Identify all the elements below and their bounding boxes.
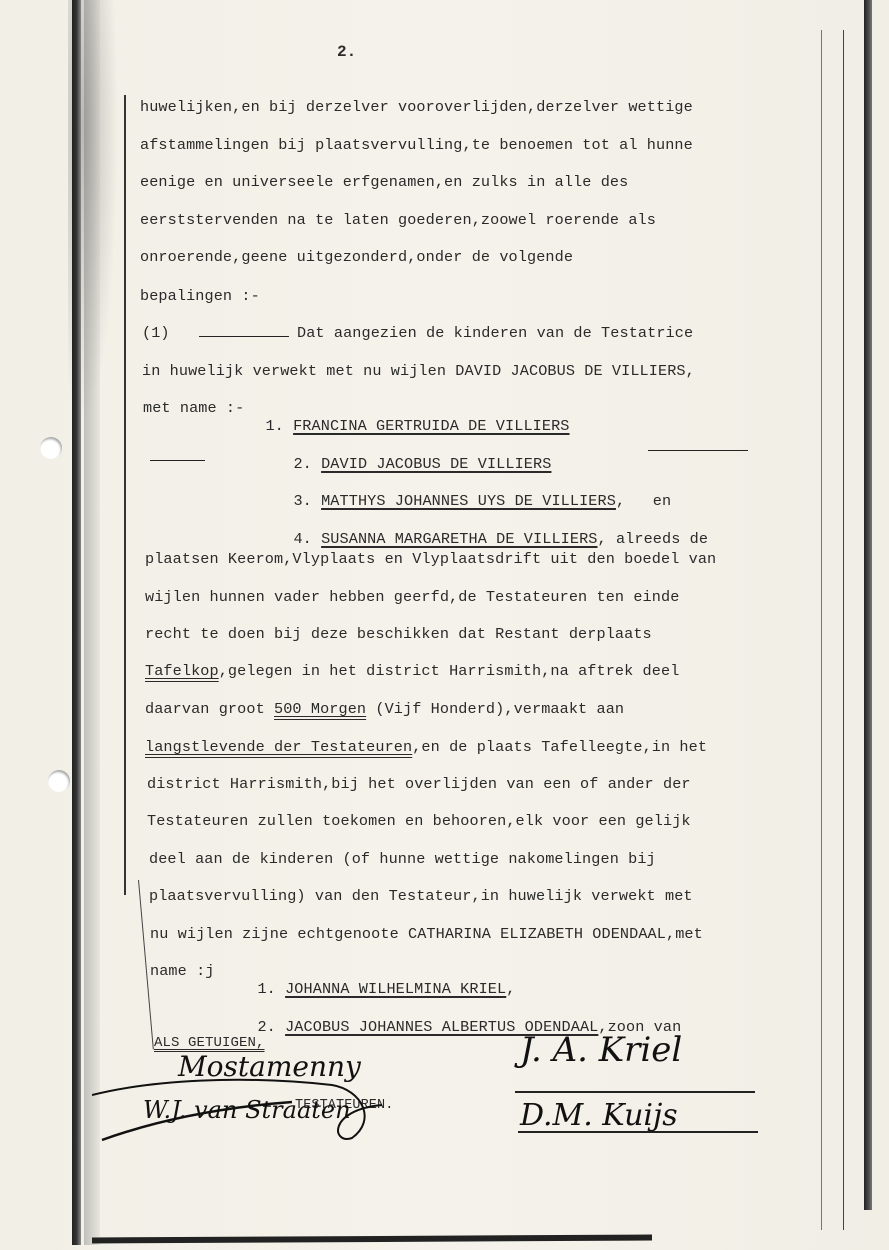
margin-line-right-outer [843, 30, 844, 1230]
punch-hole-bottom [48, 770, 70, 792]
signature-line-2 [518, 1131, 758, 1133]
child-item: 2. DAVID JACOBUS DE VILLIERS [275, 437, 551, 473]
body-line: eenige en universeele erfgenamen,en zulk… [140, 173, 628, 191]
child-name: JOHANNA WILHELMINA KRIEL [285, 980, 506, 998]
farm-name: Tafelkop [145, 662, 219, 680]
child-item: 4. SUSANNA MARGARETHA DE VILLIERS, alree… [275, 512, 708, 548]
clause-line: in huwelijk verwekt met nu wijlen DAVID … [142, 362, 695, 380]
child-name: SUSANNA MARGARETHA DE VILLIERS [321, 530, 597, 548]
body-line: wijlen hunnen vader hebben geerfd,de Tes… [145, 588, 679, 606]
body-line: eerststervenden na te laten goederen,zoo… [140, 211, 656, 229]
names-intro: name :j [150, 962, 215, 980]
filler-line [150, 460, 205, 461]
body-line: huwelijken,en bij derzelver vooroverlijd… [140, 98, 693, 116]
margin-line-right [821, 30, 822, 1230]
testator-signature-2: D.M. Kuijs [520, 1098, 678, 1133]
child-item: 1. JOHANNA WILHELMINA KRIEL, [239, 962, 515, 998]
body-line: daarvan groot 500 Morgen (Vijf Honderd),… [145, 700, 624, 718]
body-line: Tafelkop,gelegen in het district Harrism… [145, 662, 679, 680]
body-line: deel aan de kinderen (of hunne wettige n… [149, 850, 656, 868]
page-edge-right [864, 0, 872, 1210]
beneficiary: langstlevende der Testateuren [145, 738, 412, 756]
body-line: district Harrismith,bij het overlijden v… [147, 775, 691, 793]
punch-hole-top [40, 437, 62, 459]
body-line: Testateuren zullen toekomen en behooren,… [147, 812, 691, 830]
body-line: plaatsvervulling) van den Testateur,in h… [149, 887, 693, 905]
body-line: recht te doen bij deze beschikken dat Re… [145, 625, 652, 643]
body-line: nu wijlen zijne echtgenoote CATHARINA EL… [150, 925, 703, 943]
page-number: 2. [337, 43, 356, 61]
child-item: 1. FRANCINA GERTRUIDA DE VILLIERS [247, 399, 570, 435]
body-line: plaatsen Keerom,Vlyplaats en Vlyplaatsdr… [145, 550, 716, 568]
body-line: langstlevende der Testateuren,en de plaa… [145, 738, 707, 756]
body-line: afstammelingen bij plaatsvervulling,te b… [140, 136, 693, 154]
body-line: bepalingen :- [140, 287, 260, 305]
body-line: onroerende,geene uitgezonderd,onder de v… [140, 248, 573, 266]
witness-label: ALS GETUIGEN, [154, 1035, 265, 1051]
clause-text: Dat aangezien de kinderen van de Testatr… [297, 324, 693, 342]
names-intro: met name :- [143, 399, 244, 417]
child-name: FRANCINA GERTRUIDA DE VILLIERS [293, 417, 569, 435]
margin-line-left [124, 95, 126, 895]
filler-line [648, 450, 748, 451]
clause-dash [199, 336, 289, 337]
page-edge-left-shade [84, 0, 100, 1245]
area-value: 500 Morgen [274, 700, 366, 718]
signature-flourish [92, 1060, 422, 1160]
page-edge-left [72, 0, 81, 1245]
child-item: 3. MATTHYS JOHANNES UYS DE VILLIERS, en [275, 474, 671, 510]
child-name: DAVID JACOBUS DE VILLIERS [321, 455, 551, 473]
clause-number: (1) [142, 324, 170, 342]
child-name: MATTHYS JOHANNES UYS DE VILLIERS [321, 492, 616, 510]
signature-line-1 [515, 1091, 755, 1093]
testator-signature-1: J. A. Kriel [520, 1030, 682, 1070]
